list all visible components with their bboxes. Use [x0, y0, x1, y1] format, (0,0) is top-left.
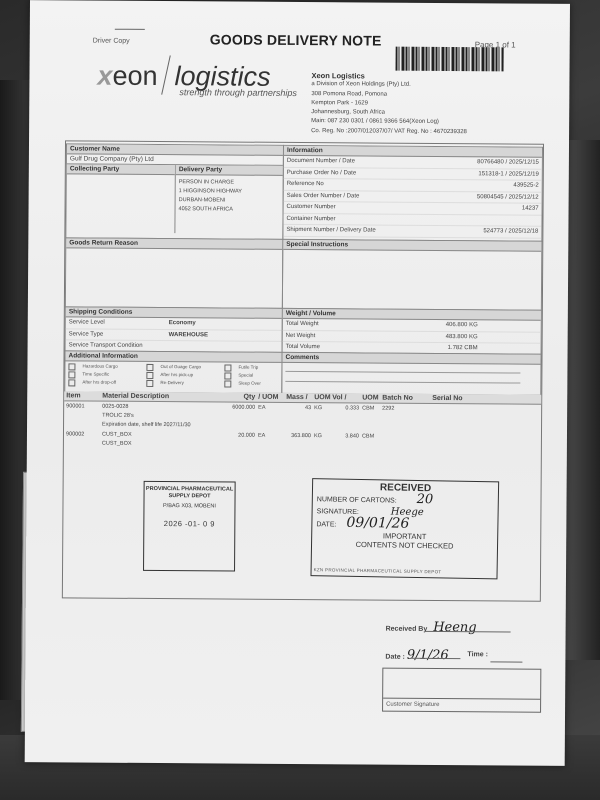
stamp-line: SUPPLY DEPOT [145, 493, 235, 500]
checkbox-futile-trip[interactable] [224, 364, 231, 371]
checkbox-out-of-guage-cargo[interactable] [146, 364, 153, 371]
received-stamp: RECEIVED NUMBER OF CARTONS: 20 SIGNATURE… [310, 478, 499, 579]
stamp-footer: KZN PROVINCIAL PHARMACEUTICAL SUPPLY DEP… [314, 567, 442, 574]
company-line: a Division of Xeon Holdings (Pty) Ltd. [311, 80, 467, 90]
customer-section: Customer Name Gulf Drug Company (Pty) Lt… [65, 143, 284, 240]
item-description: CUST_BOX [64, 439, 541, 451]
company-address: Xeon Logistics a Division of Xeon Holdin… [311, 71, 467, 137]
divider [115, 29, 145, 30]
option-label: Out of Guage Cargo [160, 364, 224, 371]
barcode-icon [396, 47, 504, 72]
checkbox-after-hrs-pickup[interactable] [146, 372, 153, 379]
stamp-not-checked: CONTENTS NOT CHECKED [312, 539, 497, 551]
goods-return-section: Goods Return Reason [65, 237, 283, 309]
checkbox-sleep-over[interactable] [224, 380, 231, 387]
comment-line [285, 371, 520, 374]
comments-section: Comments [281, 352, 541, 396]
info-row-shipment: Shipment Number / Delivery Date524773 / … [283, 225, 541, 238]
shipping-section: Shipping Conditions Service LevelEconomy… [65, 306, 283, 353]
goods-delivery-note: Driver Copy GOODS DELIVERY NOTE Page 1 o… [25, 0, 570, 766]
customer-signature-box[interactable]: Customer Signature [382, 668, 541, 713]
received-by-signature: Heeng [433, 620, 477, 635]
items-table: ItemMaterial DescriptionQty/ UOMMass /UO… [64, 391, 541, 451]
checkbox-after-hrs-dropoff[interactable] [68, 379, 75, 386]
stamp-date: 2026 -01- 0 9 [144, 519, 234, 529]
date-label: Date : 9/1/26 [385, 648, 448, 663]
additional-info-section: Additional Information Hazardous Cargo O… [64, 350, 282, 394]
weight-section: Weight / Volume Total Weight406.800 KG N… [282, 308, 542, 355]
logo-x: x [97, 61, 112, 91]
checkbox-re-delivery[interactable] [146, 380, 153, 387]
option-label: Hazardous Cargo [82, 363, 146, 370]
depot-stamp: PROVINCIAL PHARMACEUTICAL SUPPLY DEPOT P… [143, 481, 236, 572]
option-label: Time Specific [82, 371, 146, 378]
time-line [490, 661, 522, 662]
company-line: Co. Reg. No :2007/012037/07/ VAT Reg. No… [311, 127, 467, 137]
checkbox-special[interactable] [224, 372, 231, 379]
collecting-party-header: Collecting Party [67, 164, 175, 175]
received-by-label: Received By Heeng [386, 620, 477, 636]
special-instructions-section: Special Instructions [282, 239, 542, 311]
copy-label: Driver Copy [93, 38, 130, 45]
stamp-line: P/BAG X03, MOBENI [144, 503, 234, 510]
collecting-party: Collecting Party [66, 164, 175, 233]
date-value: 9/1/26 [407, 648, 449, 663]
tagline: strength through partnerships [179, 87, 297, 98]
time-label: Time : [467, 651, 488, 658]
information-section: Information Document Number / Date807664… [282, 145, 543, 242]
checkbox-time-specific[interactable] [68, 371, 75, 378]
checkbox-hazardous-cargo[interactable] [68, 363, 75, 370]
goods-return-header: Goods Return Reason [66, 238, 282, 250]
logo-separator [161, 55, 171, 94]
option-label: After hrs drop-off [82, 379, 146, 386]
special-instructions-header: Special Instructions [283, 240, 541, 252]
stamp-line: PROVINCIAL PHARMACEUTICAL [145, 486, 235, 493]
document-title: GOODS DELIVERY NOTE [210, 31, 382, 48]
delivery-party: Delivery Party PERSON IN CHARGE 1 HIGGIN… [175, 165, 282, 234]
comment-line [285, 381, 520, 384]
option-label: After hrs pick-up [160, 372, 224, 379]
delivery-line: 4052 SOUTH AFRICA [179, 205, 280, 215]
comments-header: Comments [282, 353, 540, 365]
option-label: Re-Delivery [160, 380, 224, 387]
customer-signature-label: Customer Signature [383, 698, 540, 712]
logo-eon: eon [112, 61, 157, 91]
